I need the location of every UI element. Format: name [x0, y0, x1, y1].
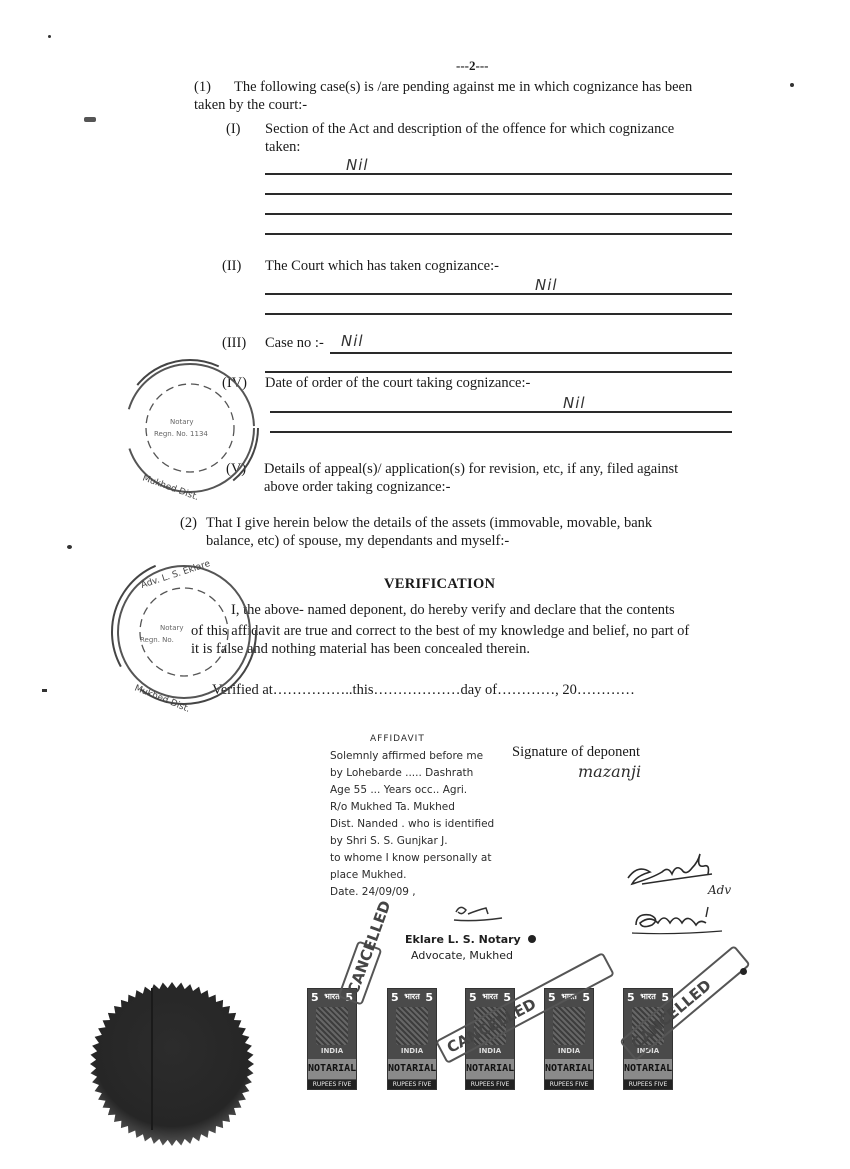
item-1-label: Section of the Act and description of th… [265, 120, 674, 138]
notary-place: Advocate, Mukhed [411, 949, 513, 962]
svg-text:Regn. No.: Regn. No. [140, 636, 174, 644]
affidavit-stamp-line: Age 55 ... Years occ.. Agri. [330, 782, 550, 799]
item-5-label: Details of appeal(s)/ application(s) for… [264, 460, 732, 478]
stamp-footer: RUPEES FIVE [308, 1080, 356, 1089]
fill-line [265, 213, 732, 215]
witness-signature [630, 905, 730, 939]
stamp-country: INDIA [314, 1047, 350, 1056]
svg-text:Notary: Notary [170, 418, 194, 426]
fill-line [270, 431, 732, 433]
stamp-label: NOTARIAL [388, 1059, 436, 1079]
fill-line [330, 352, 732, 354]
scan-speck [42, 689, 47, 692]
scan-speck [48, 35, 51, 38]
verification-heading: VERIFICATION [384, 576, 495, 593]
stamp-footer: RUPEES FIVE [466, 1080, 514, 1089]
item-4-value-handwritten: Nil [563, 394, 586, 412]
notary-name: Eklare L. S. Notary [405, 933, 536, 946]
scan-speck [790, 83, 794, 87]
initials-signature [450, 900, 510, 924]
svg-text:Notary: Notary [160, 624, 184, 632]
section-1-text-cont: taken by the court:- [194, 96, 307, 114]
notary-name-text: Eklare L. S. Notary [405, 933, 521, 946]
item-2-number: (II) [222, 257, 241, 275]
svg-text:Regn. No. 1134: Regn. No. 1134 [154, 430, 208, 438]
item-1-number: (I) [226, 120, 241, 138]
lion-emblem-icon [316, 1007, 348, 1045]
section-1-text: The following case(s) is /are pending ag… [234, 78, 692, 96]
item-3-number: (III) [222, 334, 246, 352]
affidavit-stamp-line: by Lohebarde ..... Dashrath [330, 765, 550, 782]
stamp-footer: RUPEES FIVE [388, 1080, 436, 1089]
fill-line [265, 173, 732, 175]
affidavit-stamp-line: Date. 24/09/09 , [330, 884, 550, 901]
notary-seal-bottom: Adv. L. S. Eklare Notary Regn. No. Mukhe… [100, 552, 290, 712]
advocate-signature: Adv [622, 848, 742, 898]
page-number: ---2--- [456, 58, 488, 74]
item-2-value-handwritten: Nil [535, 276, 558, 294]
section-1-number: (1) [194, 78, 211, 96]
affidavit-stamp-line: Solemnly affirmed before me [330, 748, 550, 765]
stamp-country: INDIA [472, 1047, 508, 1056]
fill-line [265, 371, 732, 373]
fill-line [265, 193, 732, 195]
affidavit-stamp-line: by Shri S. S. Gunjkar J. [330, 833, 550, 850]
scan-speck [740, 968, 747, 975]
lion-emblem-icon [553, 1007, 585, 1045]
lion-emblem-icon [396, 1007, 428, 1045]
stamp-label: NOTARIAL [624, 1059, 672, 1079]
item-5-label-cont: above order taking cognizance:- [264, 478, 450, 496]
fill-line [265, 313, 732, 315]
svg-text:Mukhed Dist.: Mukhed Dist. [141, 473, 200, 500]
cancelled-mark: CANCELLED [338, 940, 383, 1005]
stamp-value: 5भारत5 [388, 991, 436, 1005]
notary-seal-top: Notary Regn. No. 1134 Mukhed Dist. [112, 352, 282, 500]
affidavit-stamp-line: R/o Mukhed Ta. Mukhed [330, 799, 550, 816]
affidavit-stamp-line: to whome I know personally at [330, 850, 550, 867]
section-2-number: (2) [180, 514, 197, 532]
item-1-label-cont: taken: [265, 138, 300, 156]
fill-line [270, 411, 732, 413]
section-2-text: That I give herein below the details of … [206, 514, 732, 532]
stamp-label: NOTARIAL [308, 1059, 356, 1079]
stamp-label: NOTARIAL [545, 1059, 593, 1079]
item-2-label: The Court which has taken cognizance:- [265, 257, 499, 275]
notarial-stamp: 5भारत5INDIANOTARIALRUPEES FIVE [387, 988, 437, 1090]
section-2-text-cont: balance, etc) of spouse, my dependants a… [206, 532, 509, 550]
affidavit-stamp-line: Dist. Nanded . who is identified [330, 816, 550, 833]
verification-line-1: I, the above- named deponent, do hereby … [231, 601, 732, 619]
scan-speck [84, 117, 96, 122]
dot-icon [528, 935, 536, 943]
stamp-footer: RUPEES FIVE [624, 1080, 672, 1089]
fill-line [265, 233, 732, 235]
affidavit-stamp-line: place Mukhed. [330, 867, 550, 884]
embossed-notary-seal [84, 980, 264, 1155]
svg-text:Adv: Adv [707, 883, 731, 897]
item-3-label: Case no :- [265, 334, 324, 352]
stamp-footer: RUPEES FIVE [545, 1080, 593, 1089]
item-3-value-handwritten: Nil [341, 332, 364, 350]
notarial-stamp: 5भारत5INDIANOTARIALRUPEES FIVE [307, 988, 357, 1090]
fill-line [265, 293, 732, 295]
stamp-country: INDIA [551, 1047, 587, 1056]
stamp-label: NOTARIAL [466, 1059, 514, 1079]
affidavit-stamp-title: AFFIDAVIT [330, 731, 550, 748]
scan-speck [67, 545, 72, 549]
item-1-value-handwritten: Nil [346, 156, 369, 174]
item-4-label: Date of order of the court taking cogniz… [265, 374, 530, 392]
deponent-signature: mazanji [578, 762, 641, 781]
stamp-country: INDIA [394, 1047, 430, 1056]
affidavit-stamp: AFFIDAVIT Solemnly affirmed before me by… [330, 731, 550, 901]
